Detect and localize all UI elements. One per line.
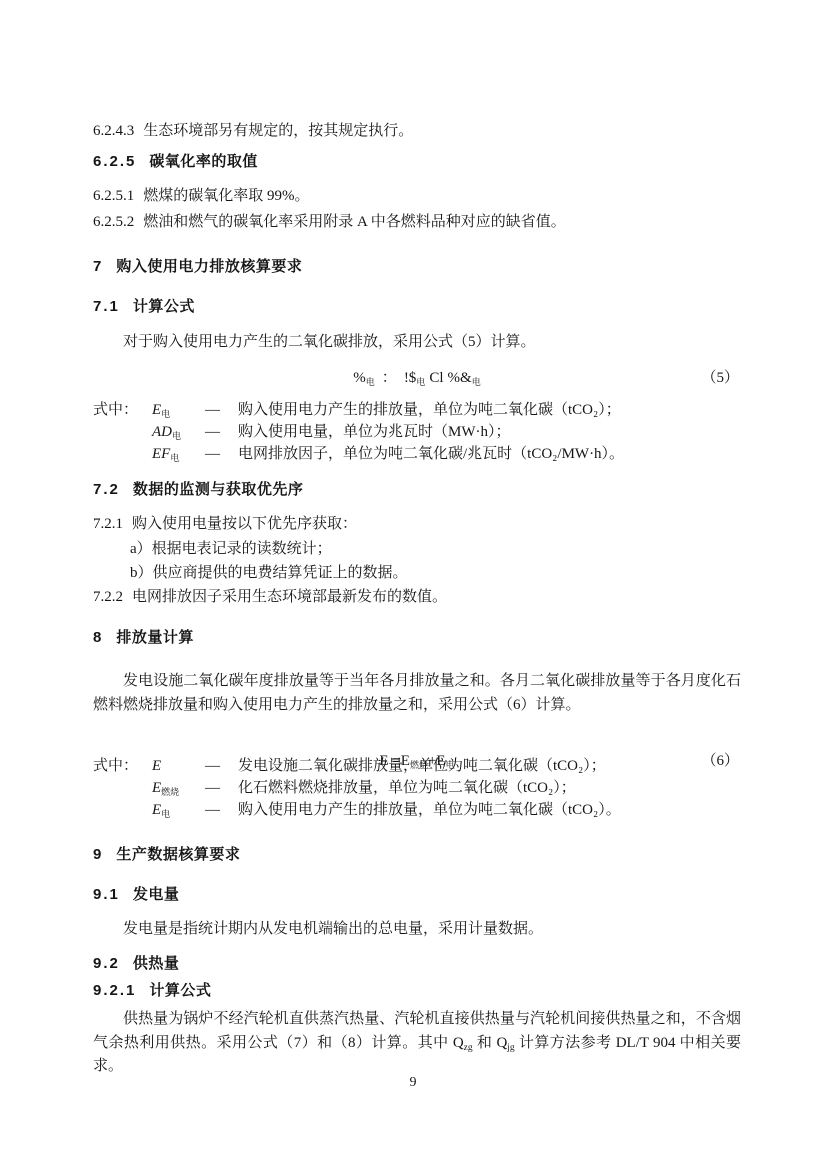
definition-text: 化石燃料燃烧排放量，单位为吨二氧化碳（tCO₂）；	[238, 777, 741, 799]
heading-7: 7购入使用电力排放核算要求	[93, 256, 741, 277]
formula-subscript: 电	[472, 377, 481, 387]
heading-9-2: 9.2供热量	[93, 953, 741, 974]
where-row: 式中： E电 — 购入使用电力产生的排放量，单位为吨二氧化碳（tCO₂）；	[93, 399, 741, 421]
dash: —	[205, 399, 238, 421]
variable: E	[152, 402, 161, 418]
heading-number: 6.2.5	[93, 153, 136, 170]
dash: —	[205, 755, 238, 777]
where-row: E电 — 购入使用电力产生的排放量，单位为吨二氧化碳（tCO₂）。	[93, 799, 741, 821]
clause-text: 燃煤的碳氧化率取 99%。	[143, 188, 309, 204]
clause-text: 购入使用电量按以下优先序获取：	[132, 516, 357, 532]
paragraph-text: 对于购入使用电力产生的二氧化碳排放，采用公式（5）计算。	[123, 334, 536, 350]
clause-6-2-4-3: 6.2.4.3生态环境部另有规定的，按其规定执行。	[93, 121, 741, 142]
dash: —	[205, 799, 238, 821]
clause-number: 7.2.1	[93, 516, 123, 532]
heading-number: 8	[93, 629, 103, 646]
variable-subscript: 燃烧	[161, 787, 179, 797]
where-row: AD电 — 购入使用电量，单位为兆瓦时（MW·h）；	[93, 421, 741, 443]
variable-subscript: 电	[161, 809, 170, 819]
heading-title: 排放量计算	[116, 629, 194, 646]
variable-subscript: 电	[172, 431, 181, 441]
definition-text: 购入使用电量，单位为兆瓦时（MW·h）；	[238, 421, 741, 443]
paragraph-7-1: 对于购入使用电力产生的二氧化碳排放，采用公式（5）计算。	[93, 331, 741, 355]
variable-subscript: jg	[507, 1043, 514, 1053]
paragraph-9-1: 发电量是指统计期内从发电机端输出的总电量，采用计量数据。	[93, 918, 741, 942]
dash: —	[205, 443, 238, 465]
formula-subscript: 电	[416, 377, 425, 387]
list-item-text: b）供应商提供的电费结算凭证上的数据。	[130, 565, 408, 581]
list-item-a: a）根据电表记录的读数统计；	[93, 539, 741, 560]
definition-text: 发电设施二氧化碳排放量，单位为吨二氧化碳（tCO₂）；	[238, 755, 741, 777]
heading-number: 7.2	[93, 481, 120, 498]
variable-subscript: zg	[464, 1043, 473, 1053]
clause-text: 电网排放因子采用生态环境部最新发布的数值。	[132, 589, 447, 605]
where-label: 式中：	[93, 755, 152, 777]
heading-6-2-5: 6.2.5碳氧化率的取值	[93, 151, 741, 172]
list-item-b: b）供应商提供的电费结算凭证上的数据。	[93, 563, 741, 584]
list-item-text: a）根据电表记录的读数统计；	[130, 541, 332, 557]
variable-subscript: 电	[170, 453, 179, 463]
paragraph-9-2-1: 供热量为锅炉不经汽轮机直供蒸汽热量、汽轮机直接供热量与汽轮机间接供热量之和，不含…	[93, 1008, 741, 1079]
definition-text: 电网排放因子，单位为吨二氧化碳/兆瓦时（tCO₂/MW·h）。	[238, 443, 741, 465]
heading-9: 9生产数据核算要求	[93, 844, 741, 865]
heading-number: 7	[93, 258, 103, 275]
clause-number: 6.2.4.3	[93, 123, 134, 139]
variable: AD	[152, 424, 172, 440]
clause-7-2-2: 7.2.2电网排放因子采用生态环境部最新发布的数值。	[93, 587, 741, 608]
heading-title: 购入使用电力排放核算要求	[116, 258, 302, 275]
clause-text: 燃油和燃气的碳氧化率采用附录 A 中各燃料品种对应的缺省值。	[143, 214, 566, 230]
variable-subscript: 电	[161, 409, 170, 419]
paragraph-8: 发电设施二氧化碳年度排放量等于当年各月排放量之和。各月二氧化碳排放量等于各月度化…	[93, 670, 741, 717]
where-label: 式中：	[93, 399, 152, 421]
dash: —	[205, 421, 238, 443]
where-row: 式中： E — 发电设施二氧化碳排放量，单位为吨二氧化碳（tCO₂）；	[93, 755, 741, 777]
clause-number: 6.2.5.2	[93, 214, 134, 230]
variable: E	[152, 758, 161, 774]
where-list-6: 式中： E — 发电设施二氧化碳排放量，单位为吨二氧化碳（tCO₂）； E燃烧 …	[93, 755, 741, 821]
heading-title: 数据的监测与获取优先序	[133, 481, 304, 498]
heading-8: 8排放量计算	[93, 627, 741, 648]
formula-term: %	[353, 370, 366, 386]
clause-6-2-5-1: 6.2.5.1燃煤的碳氧化率取 99%。	[93, 186, 741, 207]
where-list-5: 式中： E电 — 购入使用电力产生的排放量，单位为吨二氧化碳（tCO₂）； AD…	[93, 399, 741, 465]
where-row: E燃烧 — 化石燃料燃烧排放量，单位为吨二氧化碳（tCO₂）；	[93, 777, 741, 799]
heading-title: 计算公式	[133, 298, 195, 315]
page-content: 6.2.4.3生态环境部另有规定的，按其规定执行。 6.2.5碳氧化率的取值 6…	[93, 0, 741, 1169]
clause-7-2-1: 7.2.1购入使用电量按以下优先序获取：	[93, 514, 741, 535]
heading-7-1: 7.1计算公式	[93, 296, 741, 317]
heading-title: 计算公式	[149, 982, 211, 999]
clause-6-2-5-2: 6.2.5.2燃油和燃气的碳氧化率采用附录 A 中各燃料品种对应的缺省值。	[93, 212, 741, 233]
definition-text: 购入使用电力产生的排放量，单位为吨二氧化碳（tCO₂）。	[238, 799, 741, 821]
heading-title: 发电量	[133, 886, 180, 903]
equation-number: （5）	[701, 368, 739, 389]
heading-number: 9.2.1	[93, 982, 136, 999]
heading-title: 碳氧化率的取值	[149, 153, 258, 170]
heading-title: 供热量	[133, 955, 180, 972]
formula-relation: ：	[382, 370, 397, 386]
heading-9-2-1: 9.2.1计算公式	[93, 980, 741, 1001]
where-row: EF电 — 电网排放因子，单位为吨二氧化碳/兆瓦时（tCO₂/MW·h）。	[93, 443, 741, 465]
variable: E	[152, 780, 161, 796]
clause-number: 6.2.5.1	[93, 188, 134, 204]
formula-term: !$	[404, 370, 417, 386]
paragraph-text: 发电设施二氧化碳年度排放量等于当年各月排放量之和。各月二氧化碳排放量等于各月度化…	[93, 673, 741, 713]
heading-number: 9.2	[93, 955, 120, 972]
variable: EF	[152, 446, 170, 462]
heading-number: 9.1	[93, 886, 120, 903]
clause-number: 7.2.2	[93, 589, 123, 605]
clause-text: 生态环境部另有规定的，按其规定执行。	[143, 123, 413, 139]
heading-number: 9	[93, 846, 103, 863]
paragraph-text: 发电量是指统计期内从发电机端输出的总电量，采用计量数据。	[123, 921, 543, 937]
document-page: 6.2.4.3生态环境部另有规定的，按其规定执行。 6.2.5碳氧化率的取值 6…	[0, 0, 826, 1169]
heading-number: 7.1	[93, 298, 120, 315]
heading-7-2: 7.2数据的监测与获取优先序	[93, 479, 741, 500]
dash: —	[205, 777, 238, 799]
heading-9-1: 9.1发电量	[93, 884, 741, 905]
heading-title: 生产数据核算要求	[116, 846, 240, 863]
formula-subscript: 电	[366, 377, 375, 387]
variable: E	[152, 802, 161, 818]
definition-text: 购入使用电力产生的排放量，单位为吨二氧化碳（tCO₂）；	[238, 399, 741, 421]
formula-operator: Cl	[429, 370, 443, 386]
formula-term: %&	[448, 370, 472, 386]
paragraph-text: 和 Q	[473, 1035, 508, 1051]
page-number: 9	[0, 1075, 826, 1091]
formula-5: %电：!$电Cl%&电 （5）	[93, 368, 741, 389]
